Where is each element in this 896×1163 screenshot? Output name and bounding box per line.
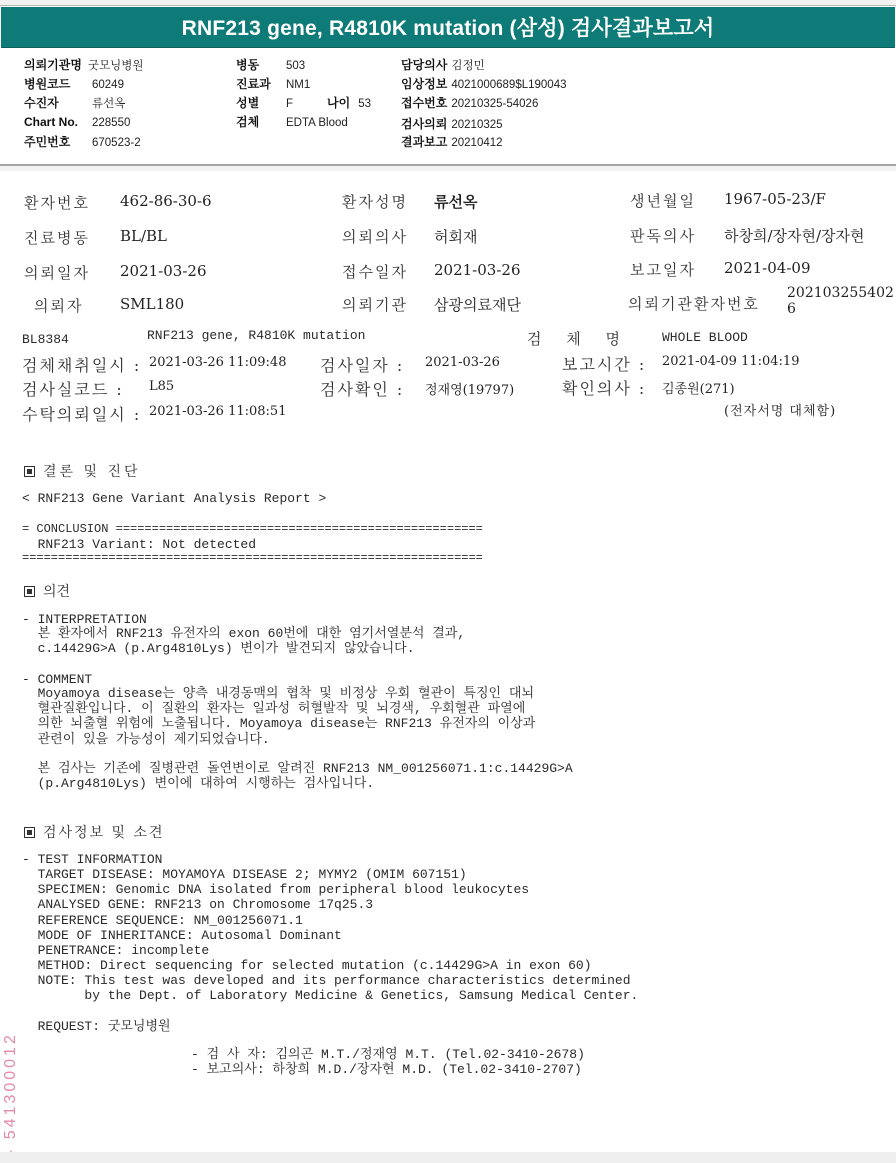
- header-age: 나이53: [327, 94, 371, 111]
- comment-line-6: 본 검사는 기존에 질병관련 돌연변이로 알려진 RNF213 NM_00125…: [22, 761, 573, 776]
- org-patient-no-label: 의뢰기관환자번호: [628, 293, 760, 314]
- test-date-label: 검사일자 :: [320, 353, 404, 376]
- header-resident-no: 주민번호670523-2: [24, 133, 141, 150]
- requesting-org-label: 의뢰기관: [342, 294, 408, 315]
- square-bullet-icon: [24, 466, 35, 477]
- collected-value: 2021-03-26 11:09:48: [149, 355, 286, 370]
- testinfo-line-8: METHOD: Direct sequencing for selected m…: [22, 958, 592, 973]
- interpretation-line-2: c.14429G>A (p.Arg4810Lys) 변이가 발견되지 않았습니다…: [22, 641, 415, 656]
- reporter-line: - 보고의사: 하창희 M.D./장자현 M.D. (Tel.02-3410-2…: [191, 1062, 582, 1077]
- report-time-label: 보고시간 :: [562, 352, 646, 375]
- specimen-name-value: WHOLE BLOOD: [662, 330, 748, 345]
- testinfo-line-4: ANALYSED GENE: RNF213 on Chromosome 17q2…: [22, 897, 373, 912]
- header-chart-no: Chart No.228550: [24, 115, 130, 129]
- comment-line-4: 관련이 있을 가능성이 제기되었습니다.: [22, 732, 270, 747]
- birthdate-label: 생년월일: [630, 190, 696, 211]
- testinfo-line-9: NOTE: This test was developed and its pe…: [22, 973, 631, 988]
- lab-code-label: 검사실코드 :: [22, 377, 124, 400]
- tester-line: - 검 사 자: 김의곤 M.T./정재영 M.T. (Tel.02-3410-…: [191, 1047, 585, 1062]
- interpretation-line-1: 본 환자에서 RNF213 유전자의 exon 60번에 대한 염기서열분석 결…: [22, 626, 465, 641]
- square-bullet-icon: [24, 827, 35, 838]
- ward-value: BL/BL: [120, 227, 167, 245]
- patient-id-label: 환자번호: [24, 192, 90, 213]
- requesting-org-value: 삼광의료재단: [434, 294, 521, 315]
- conclusion-section-head: 결론 및 진단: [24, 461, 141, 481]
- referring-doctor-value: 허회재: [434, 226, 477, 247]
- conclusion-rule-bottom: ========================================…: [22, 551, 483, 565]
- header-hospital-name: 의뢰기관명굿모닝병원: [24, 56, 144, 73]
- comment-title: - COMMENT: [22, 672, 92, 687]
- testinfo-line-5: REFERENCE SEQUENCE: NM_001256071.1: [22, 913, 303, 928]
- report-title-bar: RNF213 gene, R4810K mutation (삼성) 검사결과보고…: [1, 7, 895, 48]
- header-department: 진료과NM1: [236, 75, 310, 92]
- conclusion-rule-top: = CONCLUSION ===========================…: [22, 522, 483, 536]
- receipt-date-value: 2021-03-26: [434, 261, 520, 279]
- patient-name-label: 환자성명: [342, 191, 408, 212]
- square-bullet-icon: [24, 586, 35, 597]
- side-stamp-number: - 541300012: [2, 1015, 26, 1155]
- confirm-doctor-label: 확인의사 :: [562, 376, 646, 399]
- bottom-edge: [0, 1152, 896, 1163]
- testinfo-line-6: MODE OF INHERITANCE: Autosomal Dominant: [22, 928, 342, 943]
- header-ward: 병동503: [236, 56, 305, 73]
- report-title-line: < RNF213 Gene Variant Analysis Report >: [22, 491, 326, 506]
- request-date-value: 2021-03-26: [120, 262, 206, 280]
- comment-line-1: Moyamoya disease는 양측 내경동맥의 협착 및 비정상 우회 혈…: [22, 686, 534, 701]
- signature-note: (전자서명 대체함): [724, 400, 836, 419]
- consign-value: 2021-03-26 11:08:51: [149, 404, 286, 419]
- opinion-section-head: 의견: [24, 581, 70, 601]
- patient-id-value: 462-86-30-6: [120, 192, 212, 210]
- header-test-request: 검사의뢰20210325: [401, 115, 503, 132]
- header-patient: 수진자류선옥: [24, 94, 125, 111]
- testinfo-line-2: TARGET DISEASE: MOYAMOYA DISEASE 2; MYMY…: [22, 867, 467, 882]
- interpretation-title: - INTERPRETATION: [22, 612, 147, 627]
- header-clinical-info: 임상정보4021000689$L190043: [401, 75, 567, 92]
- org-patient-no-value: 202103255402 6: [787, 285, 894, 317]
- report-title: RNF213 gene, R4810K mutation (삼성) 검사결과보고…: [182, 12, 715, 42]
- confirmed-label: 검사확인 :: [320, 377, 404, 400]
- testinfo-line-10: by the Dept. of Laboratory Medicine & Ge…: [22, 988, 638, 1003]
- comment-line-7: (p.Arg4810Lys) 변이에 대하여 시행하는 검사입니다.: [22, 776, 374, 791]
- report-time-value: 2021-04-09 11:04:19: [662, 354, 799, 369]
- report-date-value: 2021-04-09: [724, 259, 810, 277]
- requester-label: 의뢰자: [34, 295, 83, 316]
- reading-doctor-value: 하창희/장자현/장자현: [724, 225, 865, 246]
- request-line: REQUEST: 굿모닝병원: [22, 1019, 171, 1034]
- header-info: 의뢰기관명굿모닝병원 병원코드60249 수진자류선옥 Chart No.228…: [0, 56, 896, 152]
- header-result-report: 결과보고20210412: [401, 133, 503, 150]
- reading-doctor-label: 판독의사: [630, 225, 696, 246]
- header-attending-doctor: 담당의사김정민: [401, 56, 485, 73]
- conclusion-result: RNF213 Variant: Not detected: [22, 537, 256, 552]
- test-code: BL8384: [22, 332, 69, 347]
- request-date-label: 의뢰일자: [24, 262, 90, 283]
- lab-code-value: L85: [149, 379, 174, 394]
- confirmed-value: 정재영(19797): [425, 379, 514, 398]
- header-specimen: 검체EDTA Blood: [236, 113, 348, 130]
- header-receipt-no: 접수번호20210325-54026: [401, 94, 538, 111]
- birthdate-value: 1967-05-23/F: [724, 190, 826, 208]
- test-name: RNF213 gene, R4810K mutation: [147, 328, 365, 343]
- testinfo-line-7: PENETRANCE: incomplete: [22, 943, 209, 958]
- referring-doctor-label: 의뢰의사: [342, 226, 408, 247]
- test-date-value: 2021-03-26: [425, 355, 500, 370]
- comment-line-3: 의한 뇌출혈 위험에 노출됩니다. Moyamoya disease는 RNF2…: [22, 716, 535, 731]
- header-sex: 성별F: [236, 94, 293, 111]
- ward-label: 진료병동: [24, 227, 90, 248]
- comment-line-2: 혈관질환입니다. 이 질환의 환자는 일과성 허혈발작 및 뇌경색, 우회혈관 …: [22, 701, 525, 716]
- confirm-doctor-value: 김종원(271): [662, 378, 735, 397]
- report-date-label: 보고일자: [630, 259, 696, 280]
- patient-name-value: 류선옥: [434, 191, 477, 212]
- testinfo-line-1: - TEST INFORMATION: [22, 852, 162, 867]
- receipt-date-label: 접수일자: [342, 261, 408, 282]
- requester-value: SML180: [120, 295, 184, 313]
- report-body: 환자번호 462-86-30-6 환자성명 류선옥 생년월일 1967-05-2…: [0, 171, 896, 1151]
- testinfo-line-3: SPECIMEN: Genomic DNA isolated from peri…: [22, 882, 529, 897]
- collected-label: 검체채취일시 :: [22, 353, 141, 376]
- window-top-edge: [0, 0, 896, 6]
- header-hospital-code: 병원코드60249: [24, 75, 124, 92]
- consign-label: 수탁의뢰일시 :: [22, 402, 141, 425]
- testinfo-section-head: 검사정보 및 소견: [24, 822, 165, 842]
- specimen-name-label: 검 체 명: [527, 328, 630, 349]
